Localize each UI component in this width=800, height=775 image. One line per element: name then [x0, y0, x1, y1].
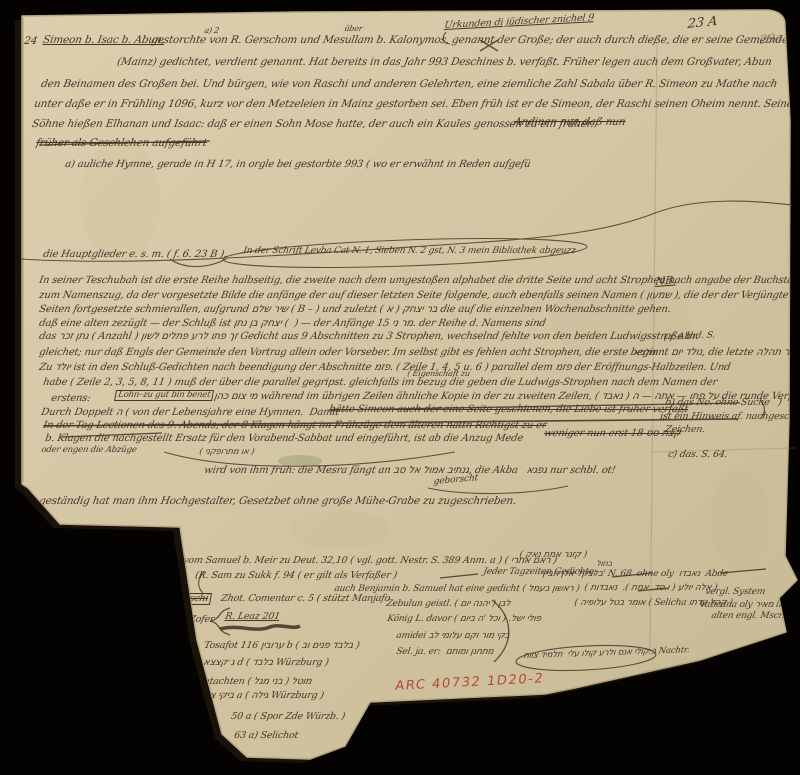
script-line: בחול — [596, 560, 613, 568]
entry-title: Simeon b. Isac b. Abun, — [42, 35, 165, 46]
script-line: ביקי צבת 36 a ( גילה Würzburg ) — [183, 691, 324, 701]
script-line: zum Namenszug, da der vorgesetzte Bilde … — [38, 291, 789, 301]
script-line: amidei בקי מור וקם עלומי לב — [395, 632, 510, 641]
script-line: ( אלה יולע ( ו.סד. אמת ). נאבדות ) — [583, 584, 718, 593]
footnote-a: a) auliche Hymne, gerade in H 17, in org… — [64, 160, 531, 170]
script-line: die Hauptglieder e. s. m. ( f. 6. 23 B )… — [42, 250, 227, 260]
script-line: Zu יולד ist in den Schluß-Gedichten nach… — [38, 363, 731, 373]
script-line: R. Leaz 201 — [224, 612, 280, 622]
script-line: Seiten fortgesetzte schmierallen, aufgru… — [38, 305, 671, 315]
script-line: Andinen nur, daß nun — [513, 117, 626, 128]
script-line: Durch Doppelt ה ( von der Lebensjahre ei… — [40, 408, 340, 418]
script-line: 63 a) Selichot — [233, 731, 299, 741]
manuscript-scan: Urkunden di jüdischer znichel 923 A29a24… — [0, 0, 800, 775]
script-line: gestorchte von R. Gerschom und Mesullam … — [150, 35, 800, 46]
script-line: Söhne hießen Elhanan und Isaac: daß er e… — [31, 119, 594, 130]
script-line: geborscht — [433, 474, 478, 487]
marginal-hebrew: ומלניא — [632, 349, 658, 358]
script-line: über — [344, 25, 363, 33]
script-line: König L. davor פולי ישל. ( וכל 'ה ביום ) — [386, 615, 541, 624]
script-line: (Mainz) gedichtet, verdient genannt. Hat… — [116, 57, 772, 68]
script-line: geständig hat man ihm Hochgestalter, Ges… — [38, 496, 517, 507]
folio-number-ink: 23 A — [687, 15, 718, 31]
script-line: Raschi — [173, 593, 212, 605]
circled-hebrew: ב:קולי אנס ולרע קולו עלי תלמיד צווח Nach… — [523, 646, 690, 660]
script-line: habe ( Zeile 2, 3, 5, 8, 11 ) muß der üb… — [42, 378, 718, 388]
script-line: Zhot. Comentar c. 5 ( stützt Manjafo — [220, 594, 391, 604]
script-line: vergl. System — [704, 588, 765, 597]
handwriting-layer: Urkunden di jüdischer znichel 923 A29a24… — [0, 0, 800, 775]
script-line: hätte Simeon auch der eine Seite geschie… — [328, 405, 689, 415]
margin-number: 24 — [23, 36, 38, 47]
script-line: das נתן זכר ( Anzahl ) זך פתו לרע פתלים … — [38, 332, 699, 342]
ref-tosafot: Tosafot ערובין 116 b ( בלבד פנים וב ) — [203, 641, 360, 651]
script-line: ג׳קצצא⁕ 74 d ( בלבד Würzburg ) — [180, 658, 329, 668]
script-line: gleichet; nur daß Engls der Gemeinde den… — [38, 348, 800, 358]
header-insert: Urkunden di jüdischer znichel 9 — [444, 13, 595, 30]
script-line: wird von ihm früh: die Mesra fängt an גנ… — [203, 466, 616, 476]
script-line: ( או מתרופקני ) — [199, 448, 255, 457]
script-line: Zebulun geistl. לבן ( יהנה יום ) — [385, 600, 511, 609]
script-line: ( Eigenschaft zu — [407, 370, 471, 378]
script-line: weniger nun erst 18 קצת סס — [543, 429, 681, 439]
script-line: alten engl. Mscr. — [710, 612, 785, 621]
script-line: In der Tag Lectionen des 9. Abends, der … — [42, 421, 547, 431]
script-line: den Beinamen des Großen bei. Und bürgen,… — [40, 79, 778, 90]
script-line: Vaticana oly מאיר in — [698, 601, 785, 610]
script-line: unter daße er in Frühling 1096, kurz vor… — [33, 99, 793, 110]
marginal-ref: ( r. Abhd. S. — [663, 331, 716, 343]
script-line: a) 2 — [204, 27, 220, 35]
marginal-note-c: c) das. S. 64. — [667, 450, 728, 460]
script-line: Sel. ja. er: מתחנן ומותם — [395, 648, 494, 657]
catalog-number: ARC 40732 1D20-2 — [394, 672, 545, 693]
script-line: In seiner Teschubah ist die erste Reihe … — [38, 276, 800, 286]
ref-samuel: vom Samuel b. Meir zu Deut. 32,10 ( vgl.… — [182, 556, 557, 566]
script-line: Lohn–zu gut bin benet — [114, 390, 214, 401]
ref-rsam: (R. Sam zu Sukk f. 94 ( er gilt als Verf… — [194, 571, 397, 581]
script-line: 50 a ( Spor Zde Würzb. ) — [230, 712, 345, 722]
script-line: ( קזנר אמת נאק ) — [518, 551, 587, 560]
script-line: daß eine alten zezüglt — der Schluß ist … — [38, 319, 546, 329]
script-line: oder engen die Abzüge — [41, 446, 138, 455]
script-line: früher als Geschlehen aufgeführt — [35, 138, 208, 149]
script-line: erstens: — [50, 394, 91, 404]
script-line: b. Klagen die nachgestellt Ersatz für de… — [44, 434, 524, 444]
script-line: בלצקל אלן הביץ' N. 68 ohne oly נאבדו Abd… — [540, 570, 728, 579]
script-line: Gutachten מוטל ( בני מגל ) — [195, 677, 312, 687]
circled-note: In der Schrift Levba Cat N. 1, Sieben N.… — [242, 247, 576, 256]
script-line: Zofer — [188, 615, 215, 625]
